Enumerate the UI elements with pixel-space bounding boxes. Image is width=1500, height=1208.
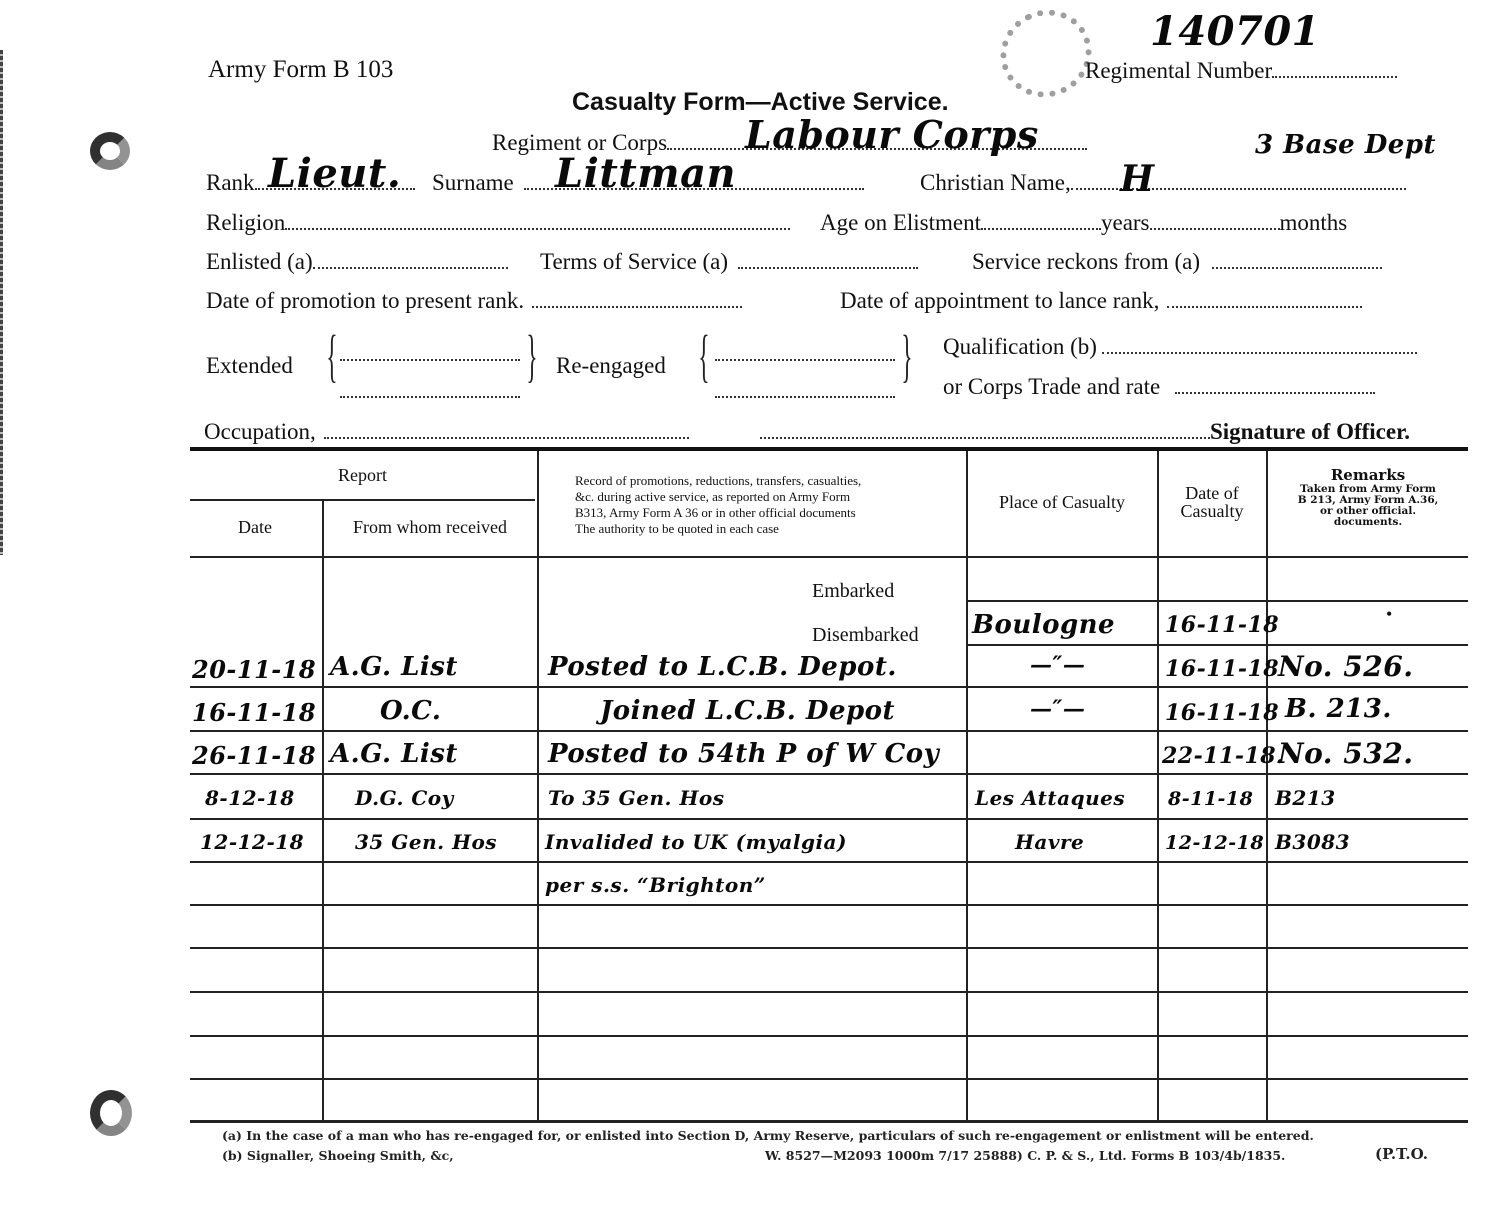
table-row[interactable] bbox=[190, 993, 1468, 1033]
christian-name-label: Christian Name, bbox=[920, 170, 1071, 195]
header-remarks-line: documents. bbox=[1268, 517, 1468, 528]
punch-hole-bottom bbox=[90, 1090, 132, 1136]
row-rule bbox=[966, 644, 1468, 646]
row-rule bbox=[966, 600, 1468, 602]
row-date-of-casualty: 12-12-18 bbox=[1165, 832, 1264, 854]
christian-name-field[interactable]: Christian Name, bbox=[920, 170, 1406, 196]
christian-name-value: H bbox=[1120, 158, 1155, 200]
reengaged-label: Re-engaged bbox=[556, 353, 666, 379]
header-place: Place of Casualty bbox=[968, 492, 1156, 513]
table-bottom-rule bbox=[190, 1120, 1468, 1123]
occupation-field[interactable]: Occupation, bbox=[204, 419, 689, 445]
table-row[interactable] bbox=[190, 1037, 1468, 1077]
row-date: 8-12-18 bbox=[205, 786, 295, 810]
row-remarks: B. 213. bbox=[1285, 694, 1392, 724]
enlisted-field[interactable]: Enlisted (a) bbox=[206, 249, 508, 275]
row-date-of-casualty: 16-11-18 bbox=[1165, 656, 1279, 682]
row-date-of-casualty: 22-11-18. bbox=[1162, 743, 1284, 769]
row-date: 16-11-18 bbox=[192, 698, 316, 727]
header-remarks: Remarks Taken from Army Form B 213, Army… bbox=[1268, 466, 1468, 528]
row-place: —″— bbox=[1030, 652, 1085, 678]
table-row[interactable] bbox=[190, 906, 1468, 946]
row-rule bbox=[190, 686, 1468, 688]
report-divider bbox=[190, 499, 535, 501]
row-record: Joined L.C.B. Depot bbox=[600, 696, 895, 726]
lance-rank-field[interactable]: Date of appointment to lance rank, bbox=[840, 288, 1362, 314]
header-date: Date bbox=[190, 517, 320, 538]
rank-value: Lieut. bbox=[268, 150, 401, 197]
header-doc-line: Casualty bbox=[1159, 502, 1265, 520]
row-from: 35 Gen. Hos bbox=[355, 830, 497, 854]
row-remarks: No. 526. bbox=[1278, 650, 1413, 683]
promotion-label: Date of promotion to present rank. bbox=[206, 288, 524, 313]
row-date-of-casualty: 8-11-18 bbox=[1168, 788, 1253, 810]
footnote-b: (b) Signaller, Shoeing Smith, &c, bbox=[222, 1148, 454, 1163]
ink-stamp-mark bbox=[986, 0, 1106, 112]
row-from: O.C. bbox=[380, 696, 441, 726]
row-date: 12-12-18 bbox=[200, 830, 304, 854]
disembarked-label: Disembarked bbox=[812, 624, 919, 647]
age-field[interactable]: Age on Elistmentyearsmonths bbox=[820, 210, 1347, 236]
disembark-place: Boulogne bbox=[972, 610, 1115, 640]
row-record: To 35 Gen. Hos bbox=[548, 786, 724, 810]
row-place: —″— bbox=[1030, 696, 1085, 722]
row-rule bbox=[190, 773, 1468, 775]
embarked-label: Embarked bbox=[812, 580, 894, 603]
promotion-field[interactable]: Date of promotion to present rank. bbox=[206, 288, 742, 314]
row-rule bbox=[190, 818, 1468, 820]
punch-hole-top bbox=[90, 132, 130, 170]
reckons-label: Service reckons from (a) bbox=[972, 249, 1200, 274]
row-date: 20-11-18 bbox=[192, 655, 316, 684]
terms-field[interactable]: Terms of Service (a) bbox=[540, 249, 918, 275]
reengaged-brace-close: } bbox=[893, 322, 921, 389]
surname-value: Littman bbox=[555, 150, 736, 197]
terms-label: Terms of Service (a) bbox=[540, 249, 728, 274]
row-remarks: B213 bbox=[1275, 786, 1336, 810]
trade-label: or Corps Trade and rate bbox=[943, 374, 1160, 399]
regimental-number-label: Regimental Number bbox=[1085, 58, 1272, 83]
regiment-note: 3 Base Dept bbox=[1255, 130, 1436, 160]
row-rule bbox=[190, 1078, 1468, 1080]
regimental-number-value: 140701 bbox=[1150, 8, 1320, 55]
extended-brace-close: } bbox=[518, 322, 546, 389]
row-remarks: No. 532. bbox=[1278, 737, 1413, 770]
disembark-remarks: • bbox=[1386, 604, 1392, 625]
qualification-label: Qualification (b) bbox=[943, 334, 1097, 359]
header-doc-line: Date of bbox=[1159, 484, 1265, 502]
header-record: Record of promotions, reductions, transf… bbox=[575, 473, 861, 537]
pto-label: (P.T.O. bbox=[1375, 1145, 1428, 1163]
occupation-label: Occupation, bbox=[204, 419, 316, 444]
row-remarks: B3083 bbox=[1275, 830, 1350, 854]
print-code: W. 8527—M2093 1000m 7/17 25888) C. P. & … bbox=[765, 1148, 1285, 1163]
reengaged-line-1[interactable] bbox=[715, 348, 895, 366]
row-record: Posted to L.C.B. Depot. bbox=[548, 652, 897, 682]
footnote-a: (a) In the case of a man who has re-enga… bbox=[222, 1128, 1314, 1143]
months-label: months bbox=[1280, 210, 1348, 235]
header-record-line: Record of promotions, reductions, transf… bbox=[575, 473, 861, 489]
table-top-rule bbox=[190, 447, 1468, 451]
form-number: Army Form B 103 bbox=[208, 56, 393, 84]
trade-field[interactable]: or Corps Trade and rate bbox=[943, 374, 1375, 400]
qualification-field[interactable]: Qualification (b) bbox=[943, 334, 1417, 360]
row-date-of-casualty: 16-11-18 bbox=[1165, 700, 1279, 726]
header-record-line: B313, Army Form A 36 or in other officia… bbox=[575, 505, 861, 521]
header-record-line: The authority to be quoted in each case bbox=[575, 521, 861, 537]
header-bottom-rule bbox=[190, 556, 1468, 558]
years-label: years bbox=[1101, 210, 1150, 235]
enlisted-label: Enlisted (a) bbox=[206, 249, 313, 274]
row-rule bbox=[190, 730, 1468, 732]
reengaged-brace-open: { bbox=[690, 322, 718, 389]
lance-label: Date of appointment to lance rank, bbox=[840, 288, 1159, 313]
row-record: Invalided to UK (myalgia) bbox=[545, 830, 847, 854]
header-date-of-casualty: Date of Casualty bbox=[1159, 484, 1265, 520]
signature-label: Signature of Officer. bbox=[1210, 419, 1410, 444]
extended-line-2[interactable] bbox=[340, 385, 520, 403]
reengaged-line-2[interactable] bbox=[715, 385, 895, 403]
row-from: D.G. Coy bbox=[355, 786, 454, 810]
rank-label: Rank bbox=[206, 170, 255, 195]
header-report: Report bbox=[190, 465, 535, 486]
regiment-value: Labour Corps bbox=[745, 112, 1039, 157]
regimental-number-field[interactable]: Regimental Number bbox=[1085, 58, 1397, 84]
row-place: Havre bbox=[1015, 830, 1084, 854]
signature-field[interactable]: Signature of Officer. bbox=[760, 419, 1410, 445]
religion-label: Religion bbox=[206, 210, 285, 235]
header-from-whom: From whom received bbox=[324, 517, 536, 538]
header-record-line: &c. during active service, as reported o… bbox=[575, 489, 861, 505]
extended-label: Extended bbox=[206, 353, 293, 379]
religion-field[interactable]: Religion bbox=[206, 210, 790, 236]
row-from: A.G. List bbox=[330, 652, 458, 682]
row-date: 26-11-18 bbox=[192, 741, 316, 770]
surname-label: Surname bbox=[432, 170, 514, 195]
header-remarks-title: Remarks bbox=[1268, 466, 1468, 484]
age-label: Age on Elistment bbox=[820, 210, 981, 235]
row-rule bbox=[190, 861, 1468, 863]
row-from: A.G. List bbox=[330, 739, 458, 769]
extended-line-1[interactable] bbox=[340, 348, 520, 366]
row-record: Posted to 54th P of W Coy bbox=[548, 739, 939, 769]
table-row[interactable] bbox=[190, 950, 1468, 990]
row-rule bbox=[190, 947, 1468, 949]
row-record: per s.s. “Brighton” bbox=[545, 873, 766, 897]
disembark-date: 16-11-18 bbox=[1165, 612, 1279, 638]
reckons-field[interactable]: Service reckons from (a) bbox=[972, 249, 1382, 275]
row-place: Les Attaques bbox=[975, 786, 1125, 810]
scan-edge bbox=[0, 50, 3, 555]
